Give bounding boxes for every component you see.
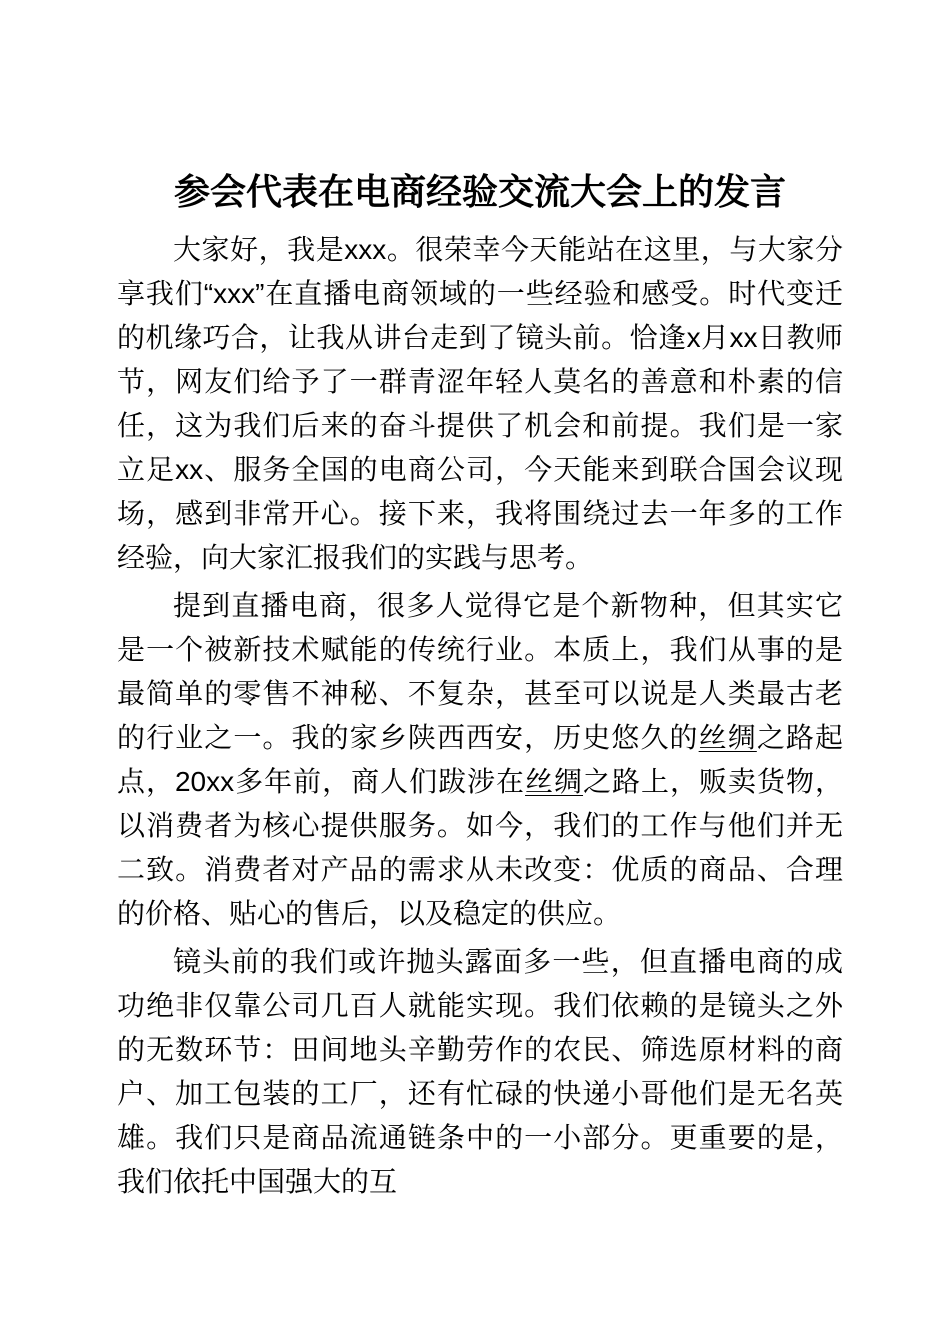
underlined-text: 丝绸 — [699, 722, 757, 753]
paragraph: 镜头前的我们或许抛头露面多一些，但直播电商的成功绝非仅靠公司几百人就能实现。我们… — [117, 940, 843, 1204]
underlined-text: 丝绸 — [525, 766, 583, 797]
document-page: 参会代表在电商经验交流大会上的发言 大家好，我是xxx。很荣幸今天能站在这里，与… — [0, 0, 950, 1344]
document-body: 大家好，我是xxx。很荣幸今天能站在这里，与大家分享我们“xxx”在直播电商领域… — [117, 228, 843, 1204]
paragraph: 大家好，我是xxx。很荣幸今天能站在这里，与大家分享我们“xxx”在直播电商领域… — [117, 228, 843, 580]
document-viewport: { "document": { "title": "参会代表在电商经验交流大会上… — [0, 0, 950, 1344]
document-title: 参会代表在电商经验交流大会上的发言 — [117, 170, 843, 214]
text-run: 镜头前的我们或许抛头露面多一些，但直播电商的成功绝非仅靠公司几百人就能实现。我们… — [117, 946, 843, 1197]
paragraph: 提到直播电商，很多人觉得它是个新物种，但其实它是一个被新技术赋能的传统行业。本质… — [117, 584, 843, 936]
text-run: 大家好，我是xxx。很荣幸今天能站在这里，与大家分享我们“xxx”在直播电商领域… — [117, 234, 843, 573]
